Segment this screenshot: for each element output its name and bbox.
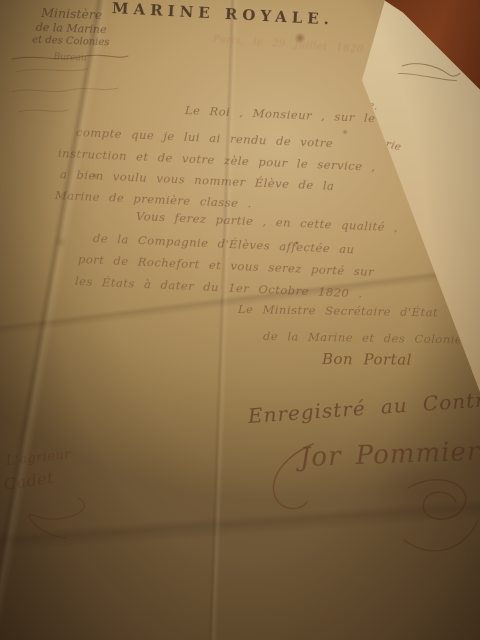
faint-margin-scribbles	[8, 62, 138, 122]
body-line: Vous ferez partie , en cette qualité ,	[136, 209, 399, 234]
body-line: de la Compagnie d'Élèves affectée au	[93, 231, 355, 256]
body-line: port de Rochefort et vous serez porté su…	[78, 252, 375, 279]
margin-note-flourish	[8, 492, 103, 544]
closing-title-line: Le Ministre Secrétaire d'État	[238, 302, 438, 319]
dateline: Paris, le 29 Juillet 1820	[213, 34, 364, 56]
masthead-marine-royale: MARINE ROYALE.	[112, 0, 335, 29]
margin-note-line: L'agrieur	[5, 447, 72, 469]
footer-addressee-fragment: ( Marie Emile ) Élève	[286, 610, 435, 631]
registrar-signature: Jor Pommier	[299, 437, 480, 473]
signature-swirl-flourish	[402, 468, 480, 568]
margin-note-signature: Cadet	[3, 468, 56, 494]
registration-line: Enregistré au Contrôle	[247, 385, 480, 428]
body-line: compte que je lui ai rendu de votre	[76, 125, 334, 150]
body-line: Marine de première classe .	[55, 188, 252, 211]
minister-signature: Bon Portal	[322, 350, 412, 369]
body-line: les États à dater du 1er Octobre 1820 .	[75, 274, 363, 301]
body-line: Le Roi , Monsieur , sur le	[185, 103, 376, 125]
closing-title-line: de la Marine et des Colonies	[263, 329, 469, 347]
letterhead-bureau-line: Bureau	[5, 51, 135, 66]
photo-of-document: dépêche. Joseph marie bonté du deux tier…	[0, 0, 480, 640]
